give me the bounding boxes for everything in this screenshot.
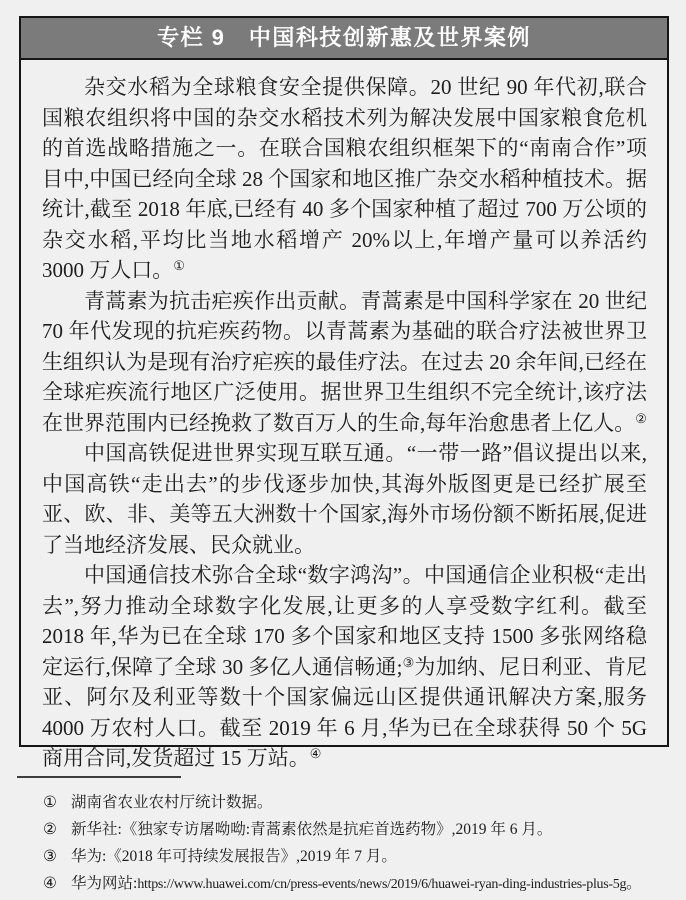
box-paragraph: 中国高铁促进世界实现互联互通。“一带一路”倡议提出以来,中国高铁“走出去”的步伐… bbox=[42, 438, 647, 560]
box-body: 杂交水稻为全球粮食安全提供保障。20 世纪 90 年代初,联合国粮农组织将中国的… bbox=[21, 60, 667, 774]
footnote-marker: ③ bbox=[43, 843, 57, 870]
footnote-ref: ② bbox=[635, 411, 647, 426]
footnote-divider bbox=[17, 776, 181, 778]
box-paragraph: 杂交水稻为全球粮食安全提供保障。20 世纪 90 年代初,联合国粮农组织将中国的… bbox=[42, 72, 647, 286]
box-paragraph: 青蒿素为抗击疟疾作出贡献。青蒿素是中国科学家在 20 世纪 70 年代发现的抗疟… bbox=[42, 286, 647, 439]
footnote-item: ②新华社:《独家专访屠呦呦:青蒿素依然是抗疟首选药物》,2019 年 6 月。 bbox=[0, 816, 686, 843]
footnote-marker: ① bbox=[43, 789, 57, 816]
footnote-ref: ③ bbox=[402, 655, 414, 670]
page: { "colors": { "page_background": "#f0f0f… bbox=[0, 0, 686, 900]
footnote-item: ①湖南省农业农村厅统计数据。 bbox=[0, 789, 686, 816]
footnote-ref: ① bbox=[173, 258, 185, 273]
footnote-marker: ② bbox=[43, 816, 57, 843]
box-paragraph: 中国通信技术弥合全球“数字鸿沟”。中国通信企业积极“走出去”,努力推动全球数字化… bbox=[42, 560, 647, 774]
footnote-url: https://www.huawei.com/cn/press-events/n… bbox=[137, 877, 626, 892]
footnote-item: ③华为:《2018 年可持续发展报告》,2019 年 7 月。 bbox=[0, 843, 686, 870]
footnote-ref: ④ bbox=[310, 746, 322, 761]
footnote-marker: ④ bbox=[43, 870, 57, 897]
box-title: 专栏 9 中国科技创新惠及世界案例 bbox=[21, 18, 667, 60]
box-panel: 专栏 9 中国科技创新惠及世界案例 杂交水稻为全球粮食安全提供保障。20 世纪 … bbox=[19, 16, 669, 747]
footnote-item: ④华为网站:https://www.huawei.com/cn/press-ev… bbox=[0, 870, 686, 898]
footnote-list: ①湖南省农业农村厅统计数据。②新华社:《独家专访屠呦呦:青蒿素依然是抗疟首选药物… bbox=[0, 789, 686, 898]
